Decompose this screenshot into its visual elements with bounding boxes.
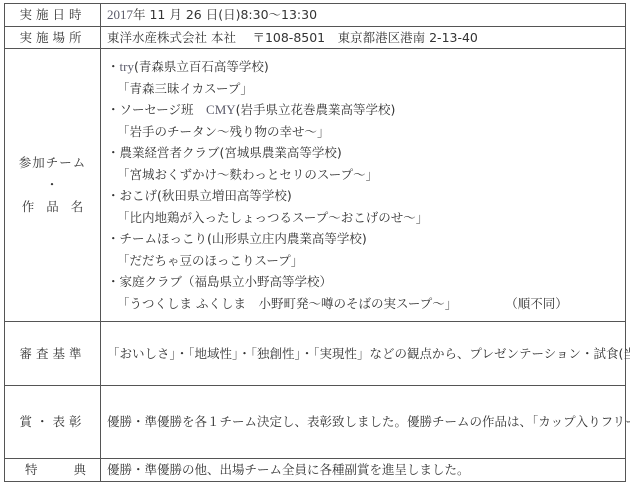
value-perks: 優勝・準優勝の他、出場チーム全員に各種副賞を進呈しました。 xyxy=(101,459,626,482)
bullet: ・ xyxy=(107,274,120,289)
label-venue-text: 実施場所 xyxy=(19,30,85,45)
team-entry-4: ・おこげ(秋田県立増田高等学校) xyxy=(107,185,625,207)
bullet: ・ xyxy=(107,59,120,74)
label-awards: 賞・表彰 xyxy=(5,386,101,459)
label-criteria-text: 審査基準 xyxy=(19,346,85,361)
row-criteria: 審査基準 「おいしさ」・「地域性」・「独創性」・「実現性」などの観点から、プレゼ… xyxy=(5,322,626,386)
date-rest: 年 11 月 26 日(日)8:30～13:30 xyxy=(133,7,317,22)
work-title-3: 「宮城おくずかけ～麩わっとセリのスープ～」 xyxy=(107,164,625,186)
bullet: ・ xyxy=(107,188,120,203)
row-teams: 参加チーム ・ 作品名 ・try(青森県立百石高等学校) 「青森三昧イカスープ」… xyxy=(5,49,626,322)
label-perks-left: 特 xyxy=(25,459,38,481)
awards-text-a: 優勝・準優勝を各１チーム決定し、表彰致しました。優勝チームの作品は、「カップ入り… xyxy=(107,414,630,429)
row-date: 実施日時 2017年 11 月 26 日(日)8:30～13:30 xyxy=(5,4,626,27)
label-teams-line1: 参加チーム xyxy=(5,152,100,174)
order-note: （順不同） xyxy=(505,293,568,315)
row-perks: 特典 優勝・準優勝の他、出場チーム全員に各種副賞を進呈しました。 xyxy=(5,459,626,482)
team-entry-3: ・農業経営者クラブ(宮城県農業高等学校) xyxy=(107,142,625,164)
team-entry-2: ・ソーセージ班 CMY(岩手県立花巻農業高等学校) xyxy=(107,99,625,121)
work-title-6: 「うつくしま ふくしま 小野町発～噂のそばの実スープ～」（順不同） xyxy=(107,293,625,315)
value-criteria: 「おいしさ」・「地域性」・「独創性」・「実現性」などの観点から、プレゼンテーショ… xyxy=(101,322,626,386)
bullet: ・ xyxy=(107,102,120,117)
value-awards: 優勝・準優勝を各１チーム決定し、表彰致しました。優勝チームの作品は、「カップ入り… xyxy=(101,386,626,459)
team-school: チームほっこり(山形県立庄内農業高等学校) xyxy=(120,231,367,246)
work-title-1: 「青森三昧イカスープ」 xyxy=(107,78,625,100)
team-entry-5: ・チームほっこり(山形県立庄内農業高等学校) xyxy=(107,228,625,250)
label-teams-line3: 作品名 xyxy=(5,196,112,218)
label-awards-text: 賞・表彰 xyxy=(19,414,85,429)
team-school: (青森県立百石高等学校) xyxy=(134,59,269,74)
team-name-latin: try xyxy=(120,59,134,74)
team-school: (岩手県立花巻農業高等学校) xyxy=(236,102,396,117)
work-title-2: 「岩手のチータン～残り物の幸せ～」 xyxy=(107,121,625,143)
date-year: 2017 xyxy=(107,7,133,22)
work-title-5: 「だだちゃ豆のほっこりスープ」 xyxy=(107,250,625,272)
work-title-text: 「うつくしま ふくしま 小野町発～噂のそばの実スープ～」 xyxy=(117,296,457,311)
label-date-text: 実施日時 xyxy=(19,7,85,22)
bullet: ・ xyxy=(107,231,120,246)
value-teams: ・try(青森県立百石高等学校) 「青森三昧イカスープ」 ・ソーセージ班 CMY… xyxy=(101,49,626,322)
value-date: 2017年 11 月 26 日(日)8:30～13:30 xyxy=(101,4,626,27)
value-venue: 東洋水産株式会社 本社 〒108-8501 東京都港区港南 2-13-40 xyxy=(101,26,626,49)
label-teams-line2: ・ xyxy=(5,174,100,196)
team-school: おこげ(秋田県立増田高等学校) xyxy=(120,188,292,203)
label-perks-right: 典 xyxy=(73,459,86,481)
row-venue: 実施場所 東洋水産株式会社 本社 〒108-8501 東京都港区港南 2-13-… xyxy=(5,26,626,49)
bullet: ・ xyxy=(107,145,120,160)
team-name-latin: CMY xyxy=(206,102,236,117)
team-entry-6: ・家庭クラブ（福島県立小野高等学校） xyxy=(107,271,625,293)
label-date: 実施日時 xyxy=(5,4,101,27)
event-info-table: 実施日時 2017年 11 月 26 日(日)8:30～13:30 実施場所 東… xyxy=(4,3,626,482)
label-perks-split: 特典 xyxy=(5,459,100,481)
label-teams: 参加チーム ・ 作品名 xyxy=(5,49,101,322)
label-perks: 特典 xyxy=(5,459,101,482)
team-name: ソーセージ班 xyxy=(120,102,207,117)
team-school: 農業経営者クラブ(宮城県農業高等学校) xyxy=(120,145,342,160)
team-school: 家庭クラブ（福島県立小野高等学校） xyxy=(120,274,333,289)
label-criteria: 審査基準 xyxy=(5,322,101,386)
row-awards: 賞・表彰 優勝・準優勝を各１チーム決定し、表彰致しました。優勝チームの作品は、「… xyxy=(5,386,626,459)
work-title-4: 「比内地鶏が入ったしょっつるスープ～おこげのせ～」 xyxy=(107,207,625,229)
team-entry-1: ・try(青森県立百石高等学校) xyxy=(107,56,625,78)
label-venue: 実施場所 xyxy=(5,26,101,49)
